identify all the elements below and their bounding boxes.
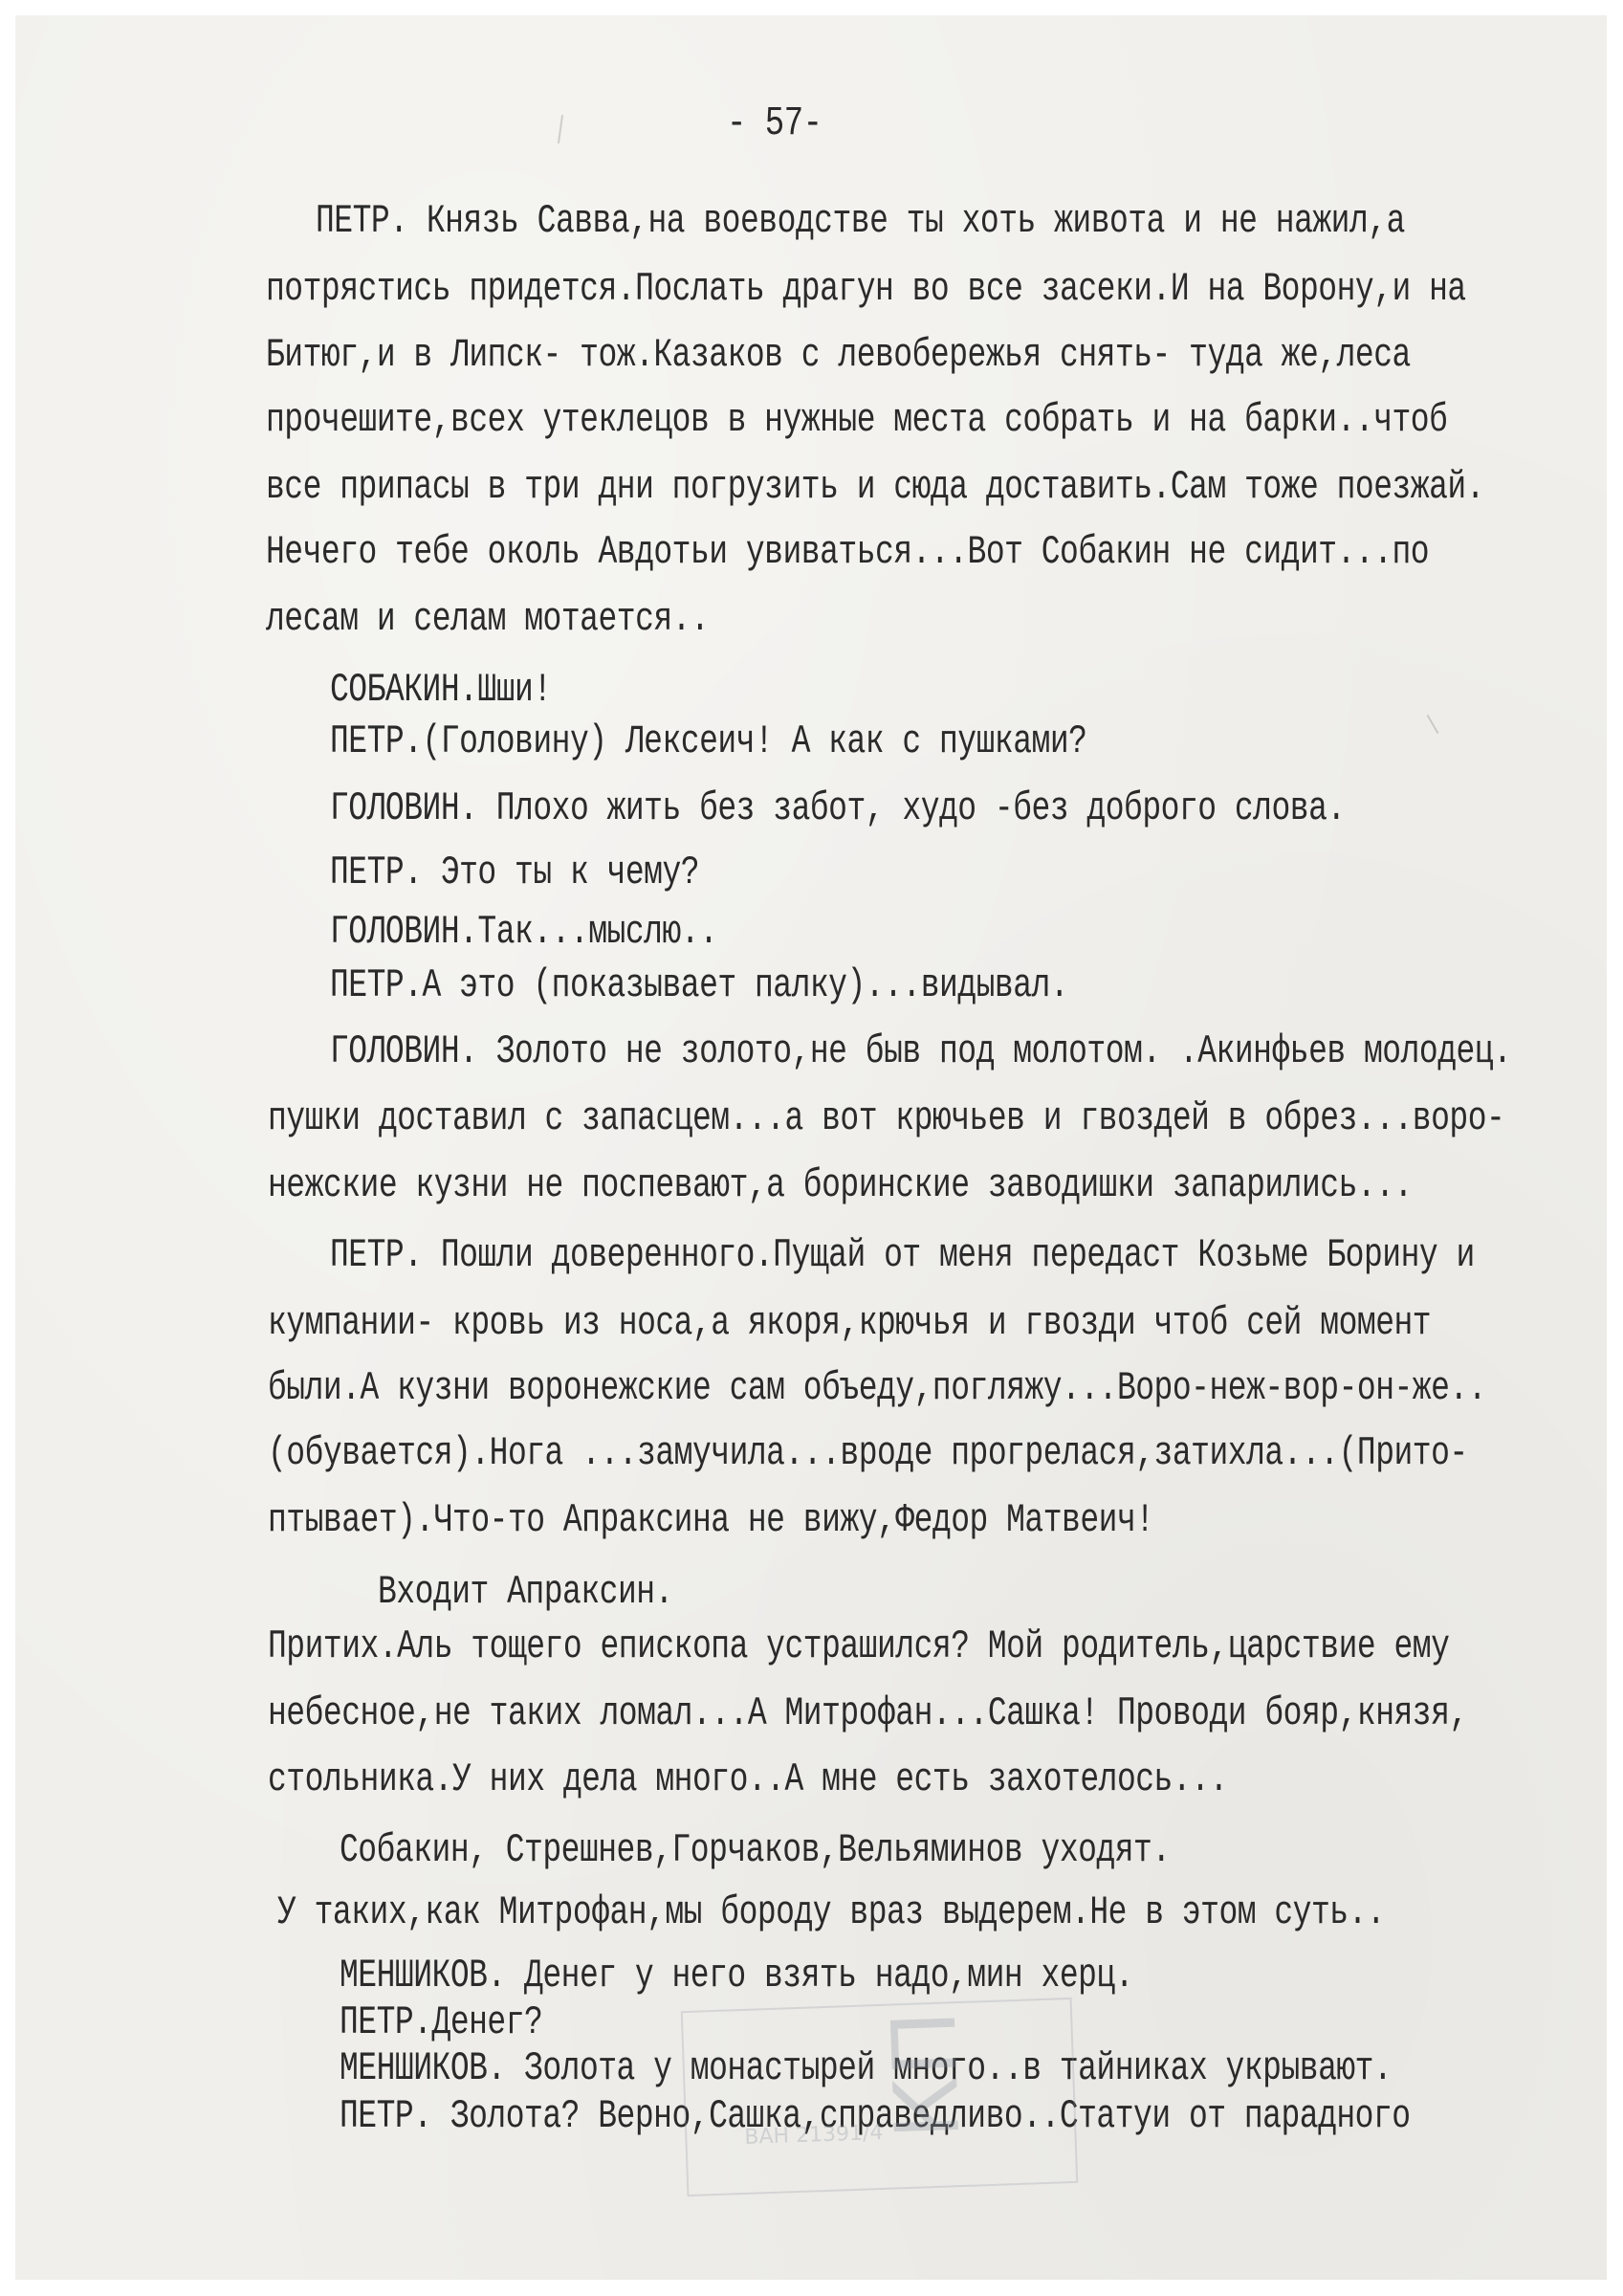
stamp-code: КП — [873, 2009, 980, 2141]
text-line: нежские кузни не поспевают,а боринские з… — [268, 1162, 1413, 1210]
text-line: ПЕТР. Это ты к чему? — [330, 850, 699, 897]
text-line: ПЕТР.(Головину) Лексеич! А как с пушками… — [330, 718, 1086, 766]
text-line: прочешите,всех утеклецов в нужные места … — [266, 397, 1447, 445]
stamp-number: ВАН 21391/4 — [744, 2121, 884, 2150]
text-line: (обувается).Нога ...замучила...вроде про… — [268, 1430, 1468, 1478]
text-line: ПЕТР.Денег? — [340, 1999, 542, 2047]
text-line: пушки доставил с запасцем...а вот крючье… — [268, 1095, 1504, 1143]
text-line: ПЕТР. Князь Савва,на воеводстве ты хоть … — [316, 198, 1405, 246]
text-line: стольника.У них дела много..А мне есть з… — [268, 1756, 1228, 1804]
text-line: Входит Апраксин. — [378, 1569, 673, 1617]
text-line: Притих.Аль тощего епископа устрашился? М… — [268, 1623, 1449, 1671]
text-line: кумпании- кровь из носа,а якоря,крючья и… — [268, 1300, 1431, 1348]
text-line: птывает).Что-то Апраксина не вижу,Федор … — [268, 1497, 1154, 1545]
archive-stamp: КП ВАН 21391/4 — [681, 1998, 1079, 2197]
text-line: МЕНШИКОВ. Денег у него взять надо,мин хе… — [340, 1953, 1133, 2000]
text-line: лесам и селам мотается.. — [266, 596, 709, 644]
text-line: небесное,не таких ломал...А Митрофан...С… — [268, 1690, 1468, 1738]
text-line: Нечего тебе околь Авдотьи увиваться...Во… — [266, 529, 1429, 577]
text-line: СОБАКИН.Шши! — [330, 667, 552, 715]
text-line: Собакин, Стрешнев,Горчаков,Вельяминов ух… — [340, 1827, 1171, 1875]
text-line: У таких,как Митрофан,мы бороду враз выде… — [277, 1889, 1385, 1937]
text-line: потрястись придется.Послать драгун во вс… — [266, 266, 1466, 314]
text-line: ГОЛОВИН. Плохо жить без забот, худо -без… — [330, 785, 1346, 833]
text-line: ГОЛОВИН.Так...мыслю.. — [330, 909, 717, 957]
text-line: ПЕТР. Пошли доверенного.Пущай от меня пе… — [330, 1232, 1475, 1280]
page-number: - 57- — [727, 100, 822, 148]
text-line: все припасы в три дни погрузить и сюда д… — [266, 464, 1484, 512]
text-line: Битюг,и в Липск- тож.Казаков с левобереж… — [266, 332, 1411, 380]
text-line: ГОЛОВИН. Золото не золото,не быв под мол… — [330, 1028, 1511, 1076]
text-line: ПЕТР.А это (показывает палку)...видывал. — [330, 962, 1068, 1010]
text-line: были.А кузни воронежские сам объеду,погл… — [268, 1365, 1486, 1413]
